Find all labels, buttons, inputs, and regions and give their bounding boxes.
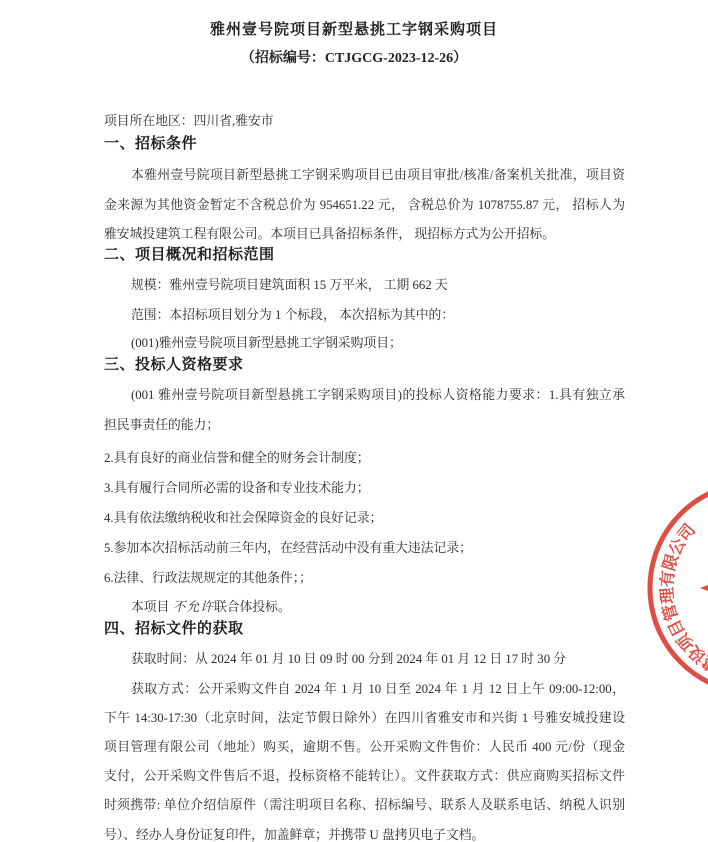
svg-text:项: 项: [673, 629, 698, 654]
doc-line: 金来源为其他资金暂定不含税总价为 954651.22 元， 含税总价为 1078…: [104, 196, 625, 215]
doc-line: 6.法律、行政法规规定的其他条件；；: [104, 569, 625, 588]
doc-line: 本雅州壹号院项目新型悬挑工字钢采购项目已由项目审批/核准/备案机关批准，项目资: [104, 166, 625, 185]
company-seal: 雅安城投建设项目管理有限公司: [640, 473, 708, 703]
tender-number: （招标编号：CTJGCG-2023-12-26）: [0, 47, 708, 67]
doc-line: 获取时间：从 2024 年 01 月 10 日 09 时 00 分到 2024 …: [104, 650, 625, 669]
doc-line: 支付，公开采购文件售后不退，投标资格不能转让）。文件获取方式：供应商购买招标文件: [104, 767, 625, 786]
doc-line: 2.具有良好的商业信誉和健全的财务会计制度；: [104, 449, 625, 468]
svg-text:限: 限: [659, 551, 682, 573]
doc-line: 号）、经办人身份证复印件，加盖鲜章；并携带 U 盘拷贝电子文档。: [104, 826, 625, 842]
section-heading-1: 一、招标条件: [104, 135, 625, 154]
seal-ring: [650, 483, 708, 693]
no-jv-prefix: 本项目: [131, 600, 169, 614]
section-heading-4: 四、招标文件的获取: [104, 620, 625, 639]
doc-line: (001 雅州壹号院项目新型悬挑工字钢采购项目)的投标人资格能力要求：1.具有独…: [104, 386, 625, 405]
svg-text:有: 有: [656, 569, 678, 588]
document-title: 雅州壹号院项目新型悬挑工字钢采购项目: [0, 18, 708, 39]
no-joint-venture-line: 本项目 不允许联合体投标。: [104, 598, 625, 617]
svg-text:目: 目: [664, 616, 688, 639]
svg-text:管: 管: [658, 601, 682, 623]
svg-text:司: 司: [674, 520, 699, 545]
doc-line: 5.参加本次招标活动前三年内，在经营活动中没有重大违法记录；: [104, 539, 625, 558]
document-page: 雅州壹号院项目新型悬挑工字钢采购项目 （招标编号：CTJGCG-2023-12-…: [0, 0, 708, 842]
project-location-line: 项目所在地区：四川省,雅安市: [104, 112, 625, 131]
doc-line: 4.具有依法缴纳税收和社会保障资金的良好记录；: [104, 509, 625, 528]
doc-line: 时须携带: 单位介绍信原件（需注明项目名称、招标编号、联系人及联系电话、纳税人识…: [104, 796, 625, 815]
company-seal-graphic: 雅安城投建设项目管理有限公司: [640, 473, 708, 703]
no-jv-suffix: 联合体投标。: [214, 600, 291, 614]
doc-line: (001)雅州壹号院项目新型悬挑工字钢采购项目；: [104, 334, 625, 353]
section-heading-3: 三、投标人资格要求: [104, 356, 625, 375]
svg-text:公: 公: [665, 535, 690, 559]
doc-line: 范围：本招标项目划分为 1 个标段， 本次招标为其中的：: [104, 306, 625, 325]
section-heading-2: 二、项目概况和招标范围: [104, 246, 625, 265]
svg-text:理: 理: [657, 586, 677, 605]
seal-star-icon: [700, 536, 708, 641]
no-jv-emphasis: 不允许: [173, 600, 214, 614]
doc-line: 3.具有履行合同所必需的设备和专业技术能力；: [104, 479, 625, 498]
doc-line: 项目管理有限公司（地址）购买，逾期不售。公开采购文件售价：人民币 400 元/份…: [104, 738, 625, 757]
svg-text:建: 建: [698, 652, 708, 678]
seal-text-ring: 雅安城投建设项目管理有限公司: [656, 520, 708, 687]
doc-line: 规模：雅州壹号院项目建筑面积 15 万平米， 工期 662 天: [104, 276, 625, 295]
doc-line: 担民事责任的能力；: [104, 416, 625, 435]
doc-line: 雅安城投建筑工程有限公司。本项目已具备招标条件， 现招标方式为公开招标。: [104, 225, 625, 244]
doc-line: 获取方式：公开采购文件自 2024 年 1 月 10 日至 2024 年 1 月…: [104, 680, 625, 699]
svg-text:设: 设: [684, 641, 708, 666]
doc-line: 下午 14:30-17:30（北京时间，法定节假日除外）在四川省雅安市和兴街 1…: [104, 709, 625, 728]
